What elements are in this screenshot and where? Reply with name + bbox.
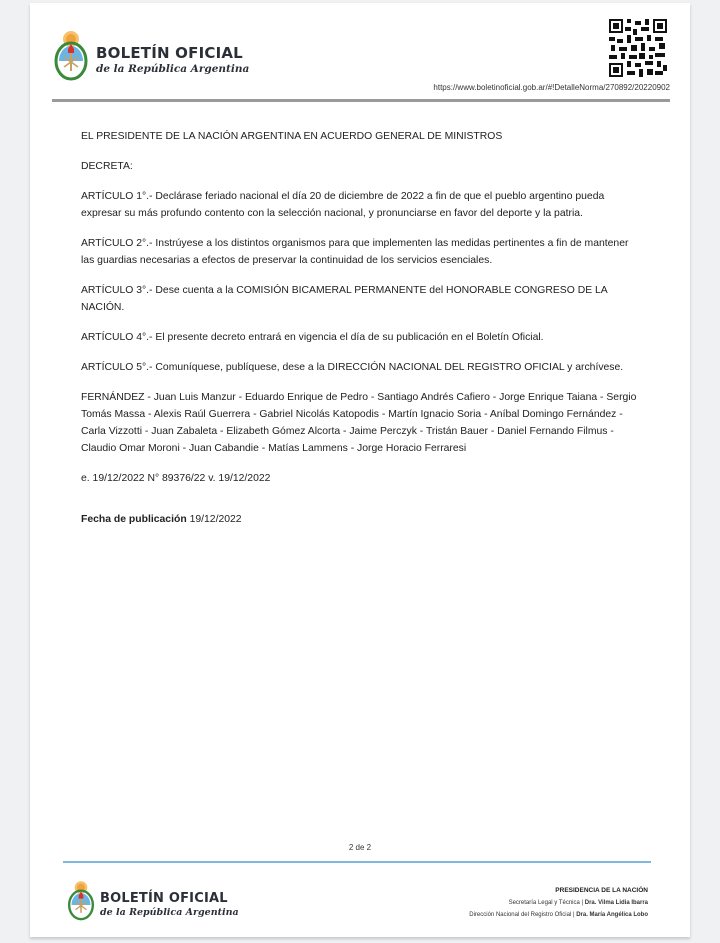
document-page: BOLETÍN OFICIAL de la República Argentin… [30,3,690,937]
article-label: ARTÍCULO 4°.- [81,332,153,343]
article-label: ARTÍCULO 3°.- [81,285,153,296]
preamble: EL PRESIDENTE DE LA NACIÓN ARGENTINA EN … [81,128,641,145]
footer-office: Secretaría Legal y Técnica | [509,900,585,906]
article-5: ARTÍCULO 5°.- Comuníquese, publíquese, d… [81,359,641,376]
footer-brand-title: BOLETÍN OFICIAL [100,891,228,906]
boletin-oficial-logo: BOLETÍN OFICIAL de la República Argentin… [52,27,242,85]
article-2: ARTÍCULO 2°.- Instrúyese a los distintos… [81,235,641,269]
publication-date-label: Fecha de publicación [81,514,187,525]
article-text: Instrúyese a los distintos organismos pa… [81,238,628,266]
footer-line-2: Dirección Nacional del Registro Oficial … [469,909,648,921]
qr-code-icon[interactable] [609,19,667,77]
page-indicator: 2 de 2 [30,843,690,852]
publication-date: Fecha de publicación 19/12/2022 [81,511,641,528]
signatories: FERNÁNDEZ - Juan Luis Manzur - Eduardo E… [81,389,641,457]
registry-line: e. 19/12/2022 N° 89376/22 v. 19/12/2022 [81,470,641,487]
article-label: ARTÍCULO 1°.- [81,191,153,202]
footer-divider [63,861,651,863]
article-text: Declárase feriado nacional el día 20 de … [81,191,604,219]
header-divider [52,99,670,102]
publication-date-value: 19/12/2022 [190,514,242,525]
article-4: ARTÍCULO 4°.- El presente decreto entrar… [81,329,641,346]
article-1: ARTÍCULO 1°.- Declárase feriado nacional… [81,188,641,222]
brand-subtitle: de la República Argentina [96,63,249,75]
document-url[interactable]: https://www.boletinoficial.gob.ar/#!Deta… [433,83,670,92]
article-text: Comuníquese, publíquese, dese a la DIREC… [153,362,624,373]
footer-logo: BOLETÍN OFICIAL de la República Argentin… [66,877,226,927]
decree-body: EL PRESIDENTE DE LA NACIÓN ARGENTINA EN … [81,128,641,541]
footer-credits: PRESIDENCIA DE LA NACIÓN Secretaría Lega… [469,885,648,921]
article-3: ARTÍCULO 3°.- Dese cuenta a la COMISIÓN … [81,282,641,316]
article-text: El presente decreto entrará en vigencia … [153,332,544,343]
decreta-heading: DECRETA: [81,158,641,175]
article-text: Dese cuenta a la COMISIÓN BICAMERAL PERM… [81,285,607,313]
footer-org: PRESIDENCIA DE LA NACIÓN [469,885,648,897]
footer-brand-subtitle: de la República Argentina [100,907,239,918]
footer-person: Dra. María Angélica Lobo [576,912,648,918]
brand-title: BOLETÍN OFICIAL [96,44,243,62]
footer-office: Dirección Nacional del Registro Oficial … [469,912,576,918]
national-coat-of-arms-icon [52,27,90,85]
footer-person: Dra. Vilma Lidia Ibarra [585,900,648,906]
national-coat-of-arms-icon [66,877,96,925]
article-label: ARTÍCULO 2°.- [81,238,153,249]
article-label: ARTÍCULO 5°.- [81,362,153,373]
footer-line-1: Secretaría Legal y Técnica | Dra. Vilma … [469,897,648,909]
